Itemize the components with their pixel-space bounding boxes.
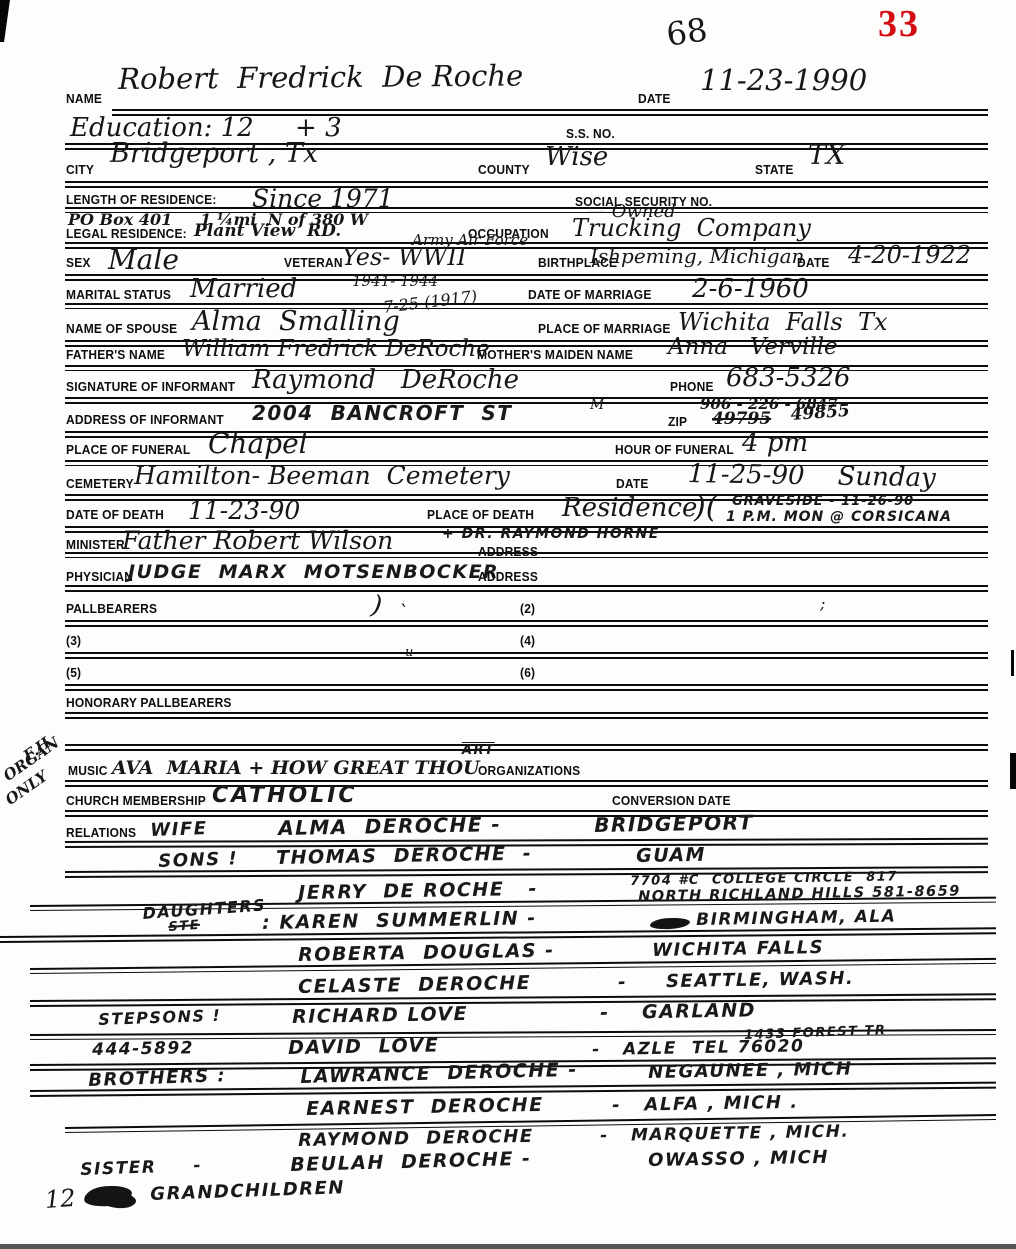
relation-place: - AZLE TEL 76020 [592, 1036, 805, 1060]
bracket-mark: )( [694, 490, 717, 525]
relations-label: RELATIONS [66, 826, 136, 840]
relation-place: - GARLAND [600, 999, 756, 1024]
minister-value: Father Robert Wilson [122, 526, 393, 555]
relation-name: BEULAH DEROCHE - [290, 1148, 532, 1176]
music-superscript: ART [462, 743, 495, 758]
scribbled-out-word [650, 917, 691, 930]
spouse-birth-note: 7-25-(1917) [382, 286, 478, 316]
date-value: 11-23-1990 [700, 63, 867, 97]
physician-value: JUDGE MARX MOTSENBOCKER [128, 561, 499, 583]
name-of-spouse-label: NAME OF SPOUSE [66, 322, 177, 336]
birthdate-value: 4-20-1922 [848, 241, 971, 269]
marital-status-value: Married [190, 274, 297, 304]
pallbearer-2-label: (2) [520, 602, 535, 616]
church-membership-label: CHURCH MEMBERSHIP [66, 794, 206, 808]
relation-place: WICHITA FALLS [652, 937, 824, 961]
form-rule [65, 652, 988, 659]
ink-stray-mark: ; [820, 594, 825, 613]
relation-kind: WIFE [150, 818, 208, 841]
form-rule [65, 397, 988, 404]
spouse-value: Alma Smalling [192, 306, 400, 337]
form-rule [65, 585, 988, 592]
relation-name: RICHARD LOVE [292, 1003, 468, 1028]
pallbearers-label: PALLBEARERS [66, 602, 157, 616]
form-rule [30, 993, 996, 1007]
hour-of-funeral-value: 4 pm [742, 428, 808, 458]
relation-name: THOMAS DEROCHE - [276, 843, 532, 869]
physician-address-label: ADDRESS [478, 570, 538, 584]
zip-old-value: 49795 [712, 409, 771, 429]
name-value: Robert Fredrick De Roche [118, 58, 523, 96]
informant-address-mark: M [590, 397, 604, 413]
place-of-funeral-label: PLACE OF FUNERAL [66, 443, 190, 457]
informant-address-value: 2004 BANCROFT ST [252, 401, 512, 425]
scanned-funeral-record: 68 33 NAME Robert Fredrick De Roche DATE… [0, 0, 1016, 1249]
place-of-funeral-value: Chapel [208, 427, 308, 460]
mothers-maiden-name-label: MOTHER'S MAIDEN NAME [477, 348, 633, 362]
mothers-maiden-name-value: Anna Verville [668, 334, 838, 360]
conversion-date-label: CONVERSION DATE [612, 794, 731, 808]
legal-residence-value: Plant View RD. [194, 221, 341, 241]
county-value: Wise [545, 142, 608, 172]
state-value: TX [808, 140, 845, 171]
birthplace-value: Ishpeming, Michigan [590, 244, 804, 268]
phone-label: PHONE [670, 380, 714, 394]
relation-place: OWASSO , MICH [648, 1147, 829, 1171]
pencil-page-number: 68 [664, 10, 710, 53]
relation-place: GUAM [636, 844, 706, 867]
date-of-death-label: DATE OF DEATH [66, 508, 164, 522]
pallbearer-3-label: (3) [66, 634, 81, 648]
relation-name: DAVID LOVE [288, 1034, 439, 1059]
informant-value: Raymond DeRoche [252, 365, 519, 395]
name-label: NAME [66, 92, 102, 106]
form-rule [65, 712, 988, 719]
ss-no-label: S.S. NO. [566, 127, 615, 141]
form-rule [65, 181, 988, 188]
relation-kind: BROTHERS : [88, 1065, 226, 1091]
state-label: STATE [755, 163, 794, 177]
relation-place: - ALFA , MICH . [612, 1092, 799, 1116]
music-value: AVA MARIA + HOW GREAT THOU [112, 757, 480, 779]
graveside-note-line1: GRAVESIDE - 11-26-90 [732, 494, 914, 509]
relation-place: BIRMINGHAM, ALA [696, 907, 896, 930]
relation-kind: SISTER - [80, 1156, 202, 1180]
form-rule [65, 744, 988, 751]
relation-name: EARNEST DEROCHE [306, 1094, 544, 1120]
relation-name: ROBERTA DOUGLAS - [298, 940, 555, 966]
minister-label: MINISTER [66, 538, 125, 552]
county-label: COUNTY [478, 163, 530, 177]
date-of-marriage-label: DATE OF MARRIAGE [528, 288, 652, 302]
ink-stray-mark: ) [369, 590, 384, 621]
grandchildren-count: 12 [44, 1184, 76, 1214]
city-label: CITY [66, 163, 94, 177]
form-rule [65, 780, 988, 787]
minister-address-label: ADDRESS [478, 545, 538, 559]
physician-label: PHYSICIAN [66, 570, 133, 584]
relation-kind: STEPSONS ! [98, 1006, 222, 1029]
relation-place: - SEATTLE, WASH. [618, 968, 854, 993]
zip-label: ZIP [668, 415, 687, 429]
music-label: MUSIC [68, 764, 108, 778]
minister-extra-note: + DR. RAYMOND HORNE [442, 526, 660, 542]
scan-artifact [1010, 753, 1016, 789]
relation-name: CELASTE DEROCHE [298, 972, 531, 998]
hour-of-funeral-label: HOUR OF FUNERAL [615, 443, 734, 457]
form-rule [65, 684, 988, 691]
place-of-marriage-label: PLACE OF MARRIAGE [538, 322, 671, 336]
relation-place: BRIDGEPORT [594, 810, 754, 837]
length-of-residence-value: Since 1971 [252, 184, 394, 213]
relation-name: JERRY DE ROCHE - [298, 878, 538, 904]
pallbearer-5-label: (5) [66, 666, 81, 680]
scan-edge-bar [0, 1244, 1016, 1249]
relation-kind: 444-5892 [92, 1038, 194, 1060]
date-of-marriage-value: 2-6-1960 [692, 274, 809, 304]
organizations-label: ORGANIZATIONS [478, 764, 580, 778]
form-rule [65, 431, 988, 438]
relation-place: - MARQUETTE , MICH. [600, 1122, 850, 1146]
sex-value: Male [108, 243, 179, 276]
fathers-name-value: William Fredrick DeRoche [182, 336, 490, 362]
marital-status-label: MARITAL STATUS [66, 288, 171, 302]
place-of-death-label: PLACE OF DEATH [427, 508, 534, 522]
date-of-death-value: 11-23-90 [188, 496, 300, 525]
sex-label: SEX [66, 256, 91, 270]
honorary-pallbearers-label: HONORARY PALLBEARERS [66, 696, 232, 710]
relation-place: NEGAUNEE , MICH [648, 1058, 853, 1083]
cemetery-date-value: 11-25-90 Sunday [687, 459, 936, 493]
form-rule [65, 620, 988, 627]
fathers-name-label: FATHER'S NAME [66, 348, 165, 362]
length-of-residence-label: LENGTH OF RESIDENCE: [66, 193, 217, 207]
address-of-informant-label: ADDRESS OF INFORMANT [66, 413, 224, 427]
pallbearer-6-label: (6) [520, 666, 535, 680]
grandchildren-text: GRANDCHILDREN [150, 1177, 345, 1205]
occupation-value: Trucking Company [572, 214, 811, 242]
scan-artifact [1011, 650, 1014, 676]
veteran-years-note: 1941- 1944 [352, 272, 438, 290]
relation-name: : KAREN SUMMERLIN - [262, 907, 537, 934]
cemetery-value: Hamilton- Beeman Cemetery [134, 461, 510, 490]
red-page-number: 33 [878, 2, 920, 46]
city-value: Bridgeport , Tx [110, 138, 318, 169]
place-of-marriage-value: Wichita Falls Tx [678, 308, 888, 336]
veteran-value: Yes- WWII [342, 243, 466, 271]
relation-name: ALMA DEROCHE - [278, 812, 501, 840]
relation-kind: SONS ! [158, 848, 238, 872]
date-label: DATE [638, 92, 671, 106]
ink-stray-mark: ` [398, 600, 408, 624]
form-rule [65, 810, 988, 817]
graveside-note-line2: 1 P.M. MON @ CORSICANA [726, 509, 952, 525]
place-of-death-value: Residence [562, 493, 697, 523]
ink-stray-mark: u [405, 645, 413, 660]
cemetery-date-label: DATE [616, 477, 649, 491]
relation-kind-struck: STE [168, 918, 201, 935]
cemetery-label: CEMETERY [66, 477, 134, 491]
pallbearer-4-label: (4) [520, 634, 535, 648]
relation-name: RAYMOND DEROCHE [298, 1126, 534, 1151]
signature-of-informant-label: SIGNATURE OF INFORMANT [66, 380, 235, 394]
zip-new-value: 49855 [790, 401, 850, 425]
veteran-label: VETERAN [284, 256, 343, 270]
birthdate-label: DATE [797, 256, 830, 270]
phone-value: 683-5326 [726, 363, 851, 393]
legal-residence-label: LEGAL RESIDENCE: [66, 227, 187, 241]
scan-artifact [0, 0, 5, 28]
relation-kind: DAUGHTERS [142, 895, 267, 923]
church-membership-value: CATHOLIC [212, 783, 358, 808]
